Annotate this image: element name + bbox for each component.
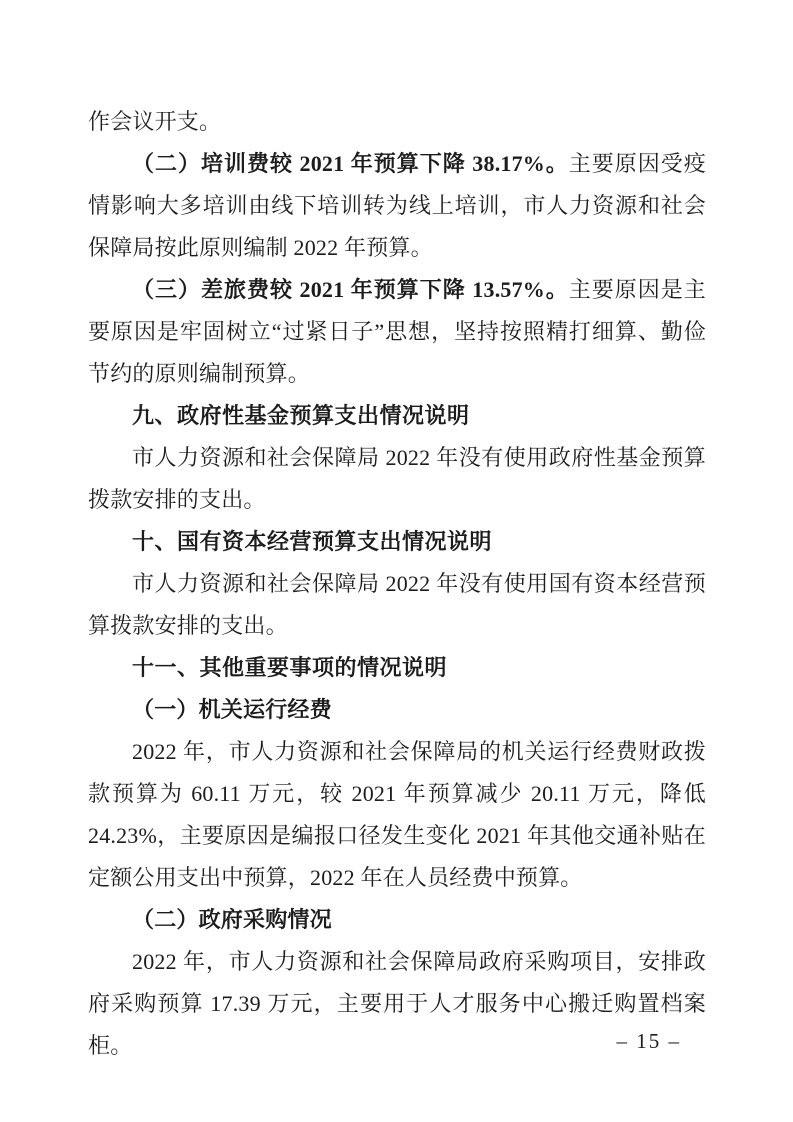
section-heading-9: 九、政府性基金预算支出情况说明 bbox=[88, 395, 706, 437]
paragraph-gov-fund: 市人力资源和社会保障局 2022 年没有使用政府性基金预算拨款安排的支出。 bbox=[88, 437, 706, 521]
section-heading-10: 十、国有资本经营预算支出情况说明 bbox=[88, 521, 706, 563]
paragraph-continuation: 作会议开支。 bbox=[88, 101, 706, 143]
sub-heading-operating-expense: （一）机关运行经费 bbox=[88, 689, 706, 731]
item-travel-fee-lead: （三）差旅费较 2021 年预算下降 13.57%。 bbox=[132, 277, 569, 302]
paragraph-procurement: 2022 年，市人力资源和社会保障局政府采购项目，安排政府采购预算 17.39 … bbox=[88, 941, 706, 1067]
document-page: 作会议开支。 （二）培训费较 2021 年预算下降 38.17%。主要原因受疫情… bbox=[0, 0, 793, 1122]
paragraph-operating-expense: 2022 年，市人力资源和社会保障局的机关运行经费财政拨款预算为 60.11 万… bbox=[88, 731, 706, 899]
sub-heading-procurement: （二）政府采购情况 bbox=[88, 899, 706, 941]
section-heading-11: 十一、其他重要事项的情况说明 bbox=[88, 647, 706, 689]
paragraph-item-training-fee: （二）培训费较 2021 年预算下降 38.17%。主要原因受疫情影响大多培训由… bbox=[88, 143, 706, 269]
document-content: 作会议开支。 （二）培训费较 2021 年预算下降 38.17%。主要原因受疫情… bbox=[88, 101, 706, 1067]
paragraph-item-travel-fee: （三）差旅费较 2021 年预算下降 13.57%。主要原因是主要原因是牢固树立… bbox=[88, 269, 706, 395]
paragraph-state-capital: 市人力资源和社会保障局 2022 年没有使用国有资本经营预算拨款安排的支出。 bbox=[88, 563, 706, 647]
page-number: – 15 – bbox=[617, 1028, 682, 1054]
item-training-fee-lead: （二）培训费较 2021 年预算下降 38.17%。 bbox=[132, 151, 569, 176]
